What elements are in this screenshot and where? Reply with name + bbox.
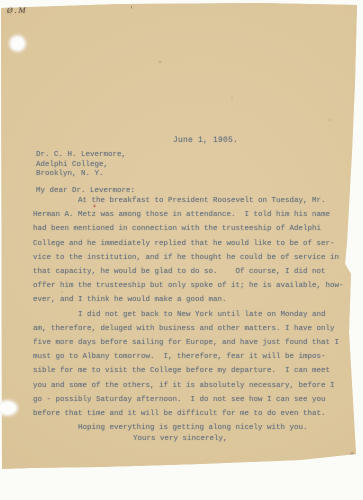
scanned-document: Ø.M ' June 1, 1905. Dr. C. H. Levermore,… bbox=[0, 0, 363, 500]
letter-body: At the breakfast to President Roosevelt … bbox=[33, 194, 343, 435]
letter-paper: Ø.M ' June 1, 1905. Dr. C. H. Levermore,… bbox=[0, 2, 360, 469]
pencil-notation: Ø.M bbox=[7, 7, 28, 15]
punch-hole-top bbox=[10, 36, 25, 51]
letter-date: June 1, 1905. bbox=[173, 136, 238, 145]
complimentary-close: Yours very sincerely, bbox=[133, 435, 228, 443]
page-tick-mark: ' bbox=[129, 6, 134, 15]
recipient-address: Dr. C. H. Levermore, Adelphi College, Br… bbox=[36, 151, 126, 180]
